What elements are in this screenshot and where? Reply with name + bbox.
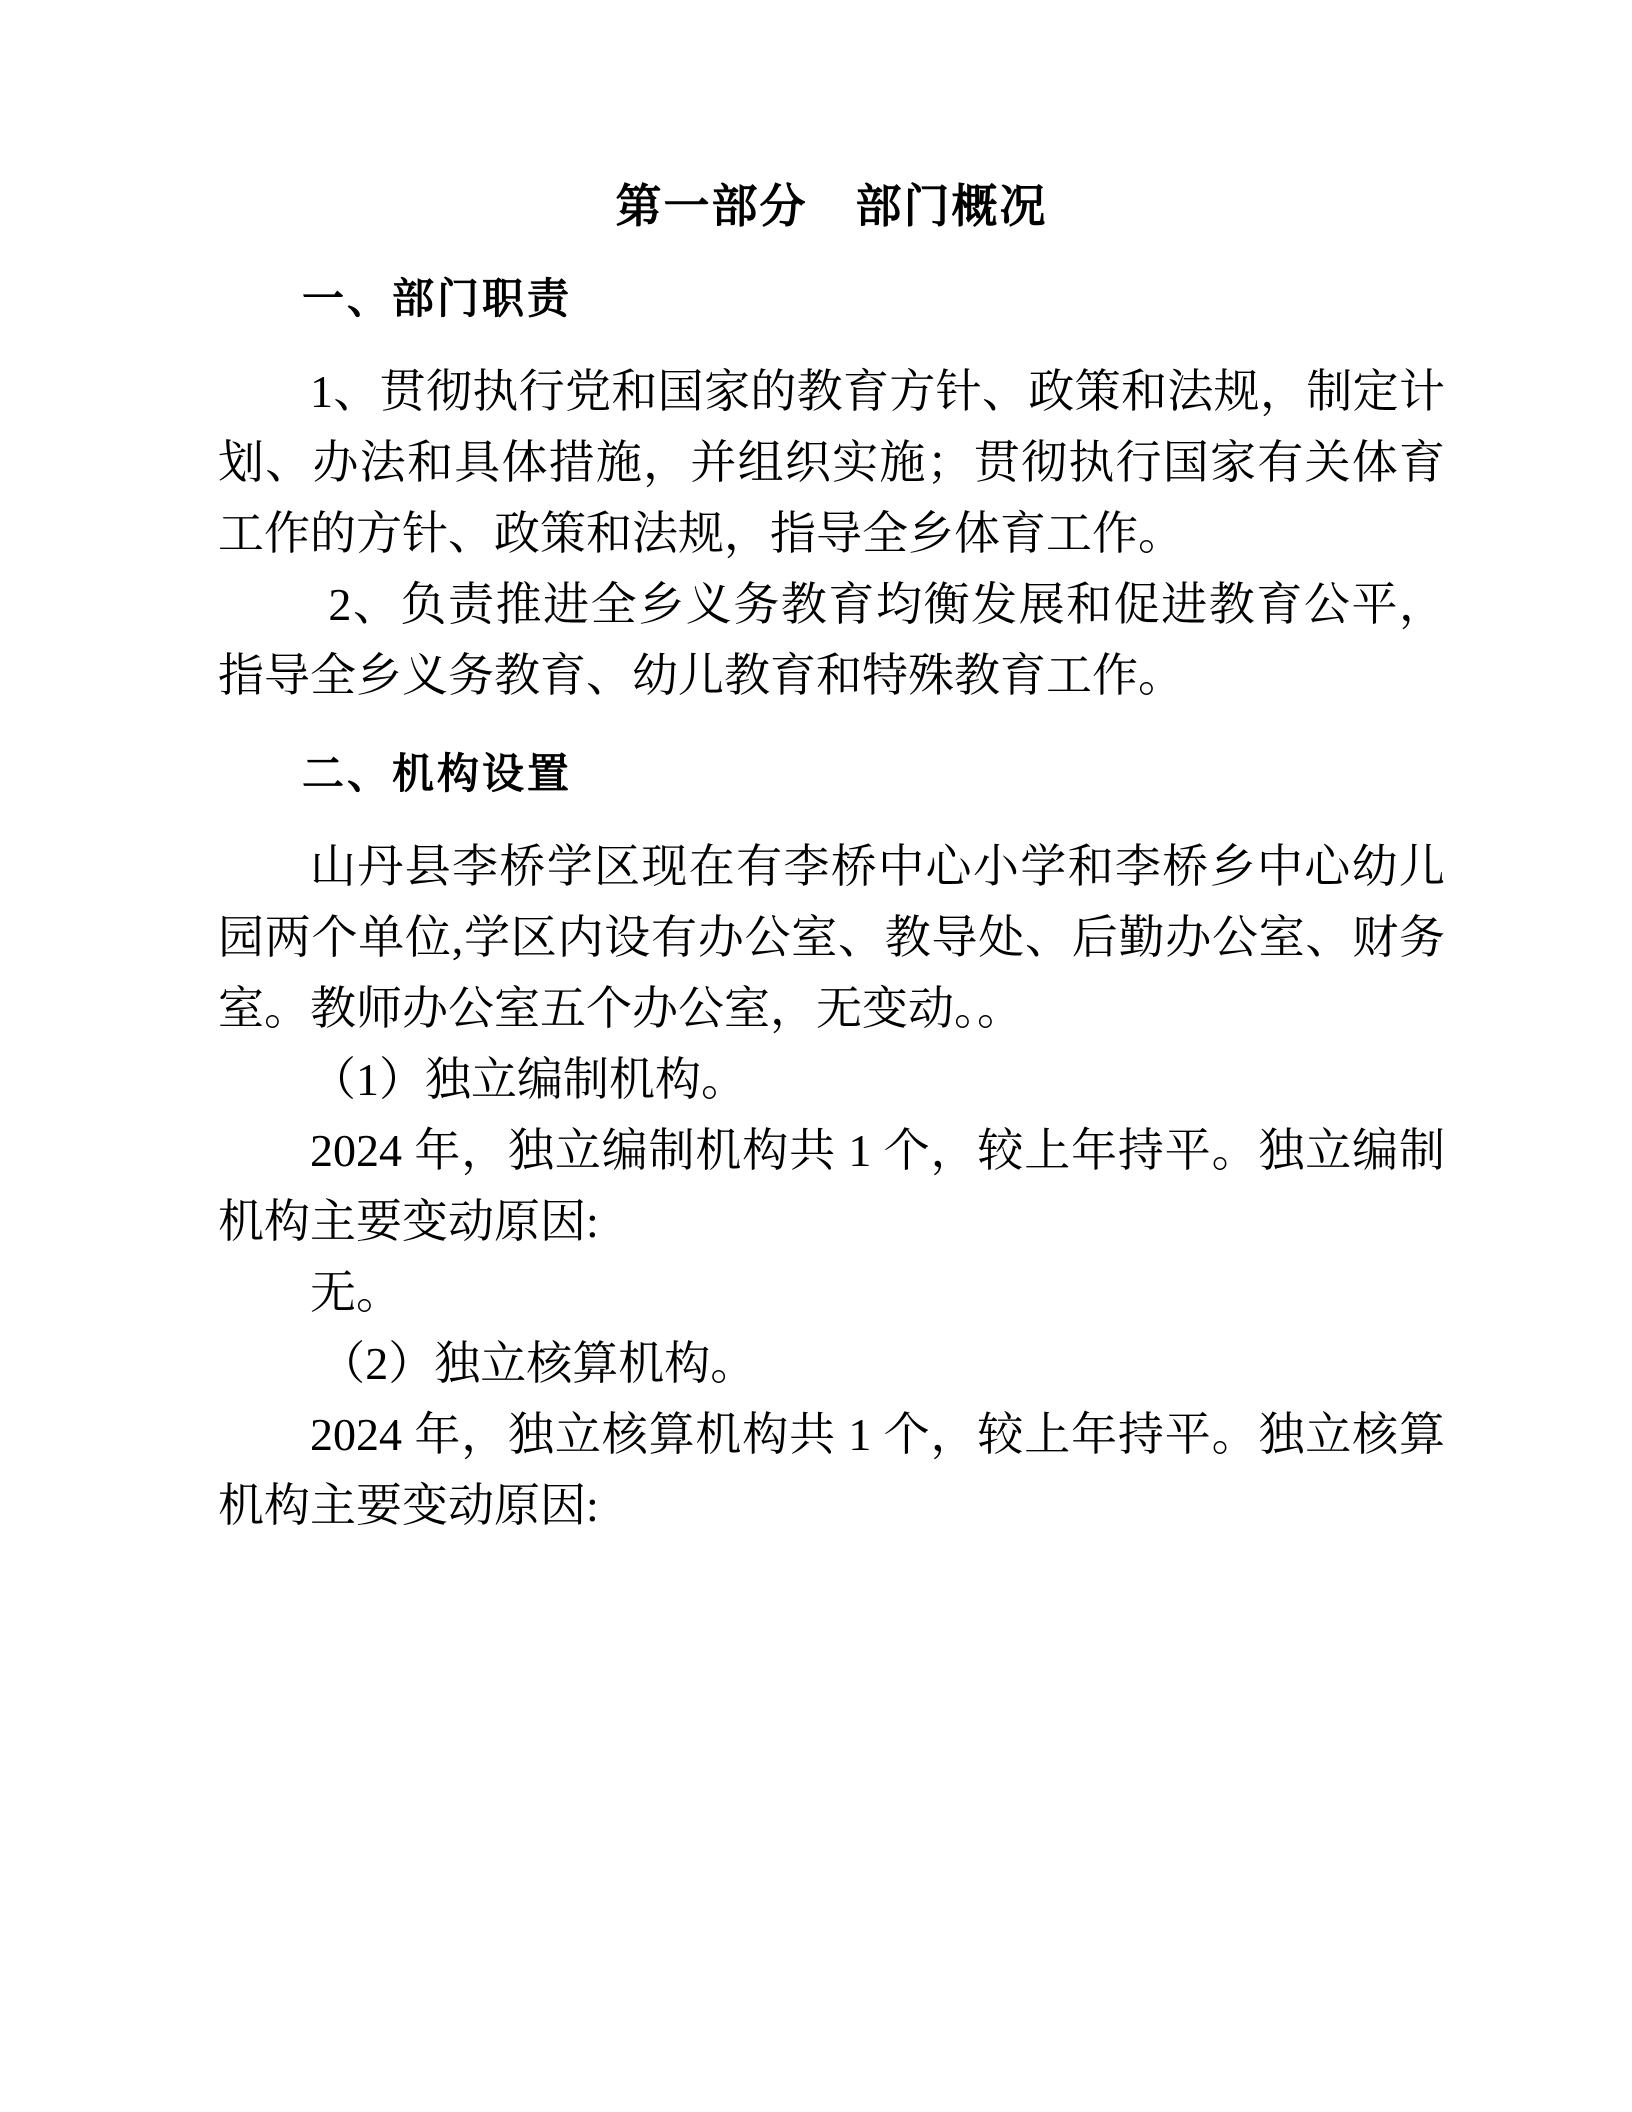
paragraph-establishment-2024-count: 2024 年，独立编制机构共 1 个，较上年持平。独立编制机构主要变动原因: [218, 1115, 1445, 1257]
paragraph-accounting-2024-count: 2024 年，独立核算机构共 1 个，较上年持平。独立核算机构主要变动原因: [218, 1399, 1445, 1541]
section-department-duties: 一、部门职责 1、贯彻执行党和国家的教育方针、政策和法规，制定计划、办法和具体措… [218, 274, 1445, 711]
section-heading-duties: 一、部门职责 [218, 274, 1445, 324]
section-organization-setup: 二、机构设置 山丹县李桥学区现在有李桥中心小学和李桥乡中心幼儿园两个单位,学区内… [218, 749, 1445, 1541]
paragraph-duty-1: 1、贯彻执行党和国家的教育方针、政策和法规，制定计划、办法和具体措施，并组织实施… [218, 356, 1445, 569]
document-page: 第一部分 部门概况 一、部门职责 1、贯彻执行党和国家的教育方针、政策和法规，制… [0, 0, 1632, 2112]
section-heading-organization: 二、机构设置 [218, 749, 1445, 799]
paragraph-item-1-independent-establishment: （1）独立编制机构。 [218, 1044, 1445, 1115]
paragraph-duty-2: 2、负责推进全乡义务教育均衡发展和促进教育公平，指导全乡义务教育、幼儿教育和特殊… [218, 569, 1445, 711]
paragraph-none: 无。 [218, 1257, 1445, 1328]
paragraph-organization-overview: 山丹县李桥学区现在有李桥中心小学和李桥乡中心幼儿园两个单位,学区内设有办公室、教… [218, 831, 1445, 1044]
page-title: 第一部分 部门概况 [218, 178, 1445, 236]
paragraph-item-2-independent-accounting: （2）独立核算机构。 [218, 1328, 1445, 1399]
